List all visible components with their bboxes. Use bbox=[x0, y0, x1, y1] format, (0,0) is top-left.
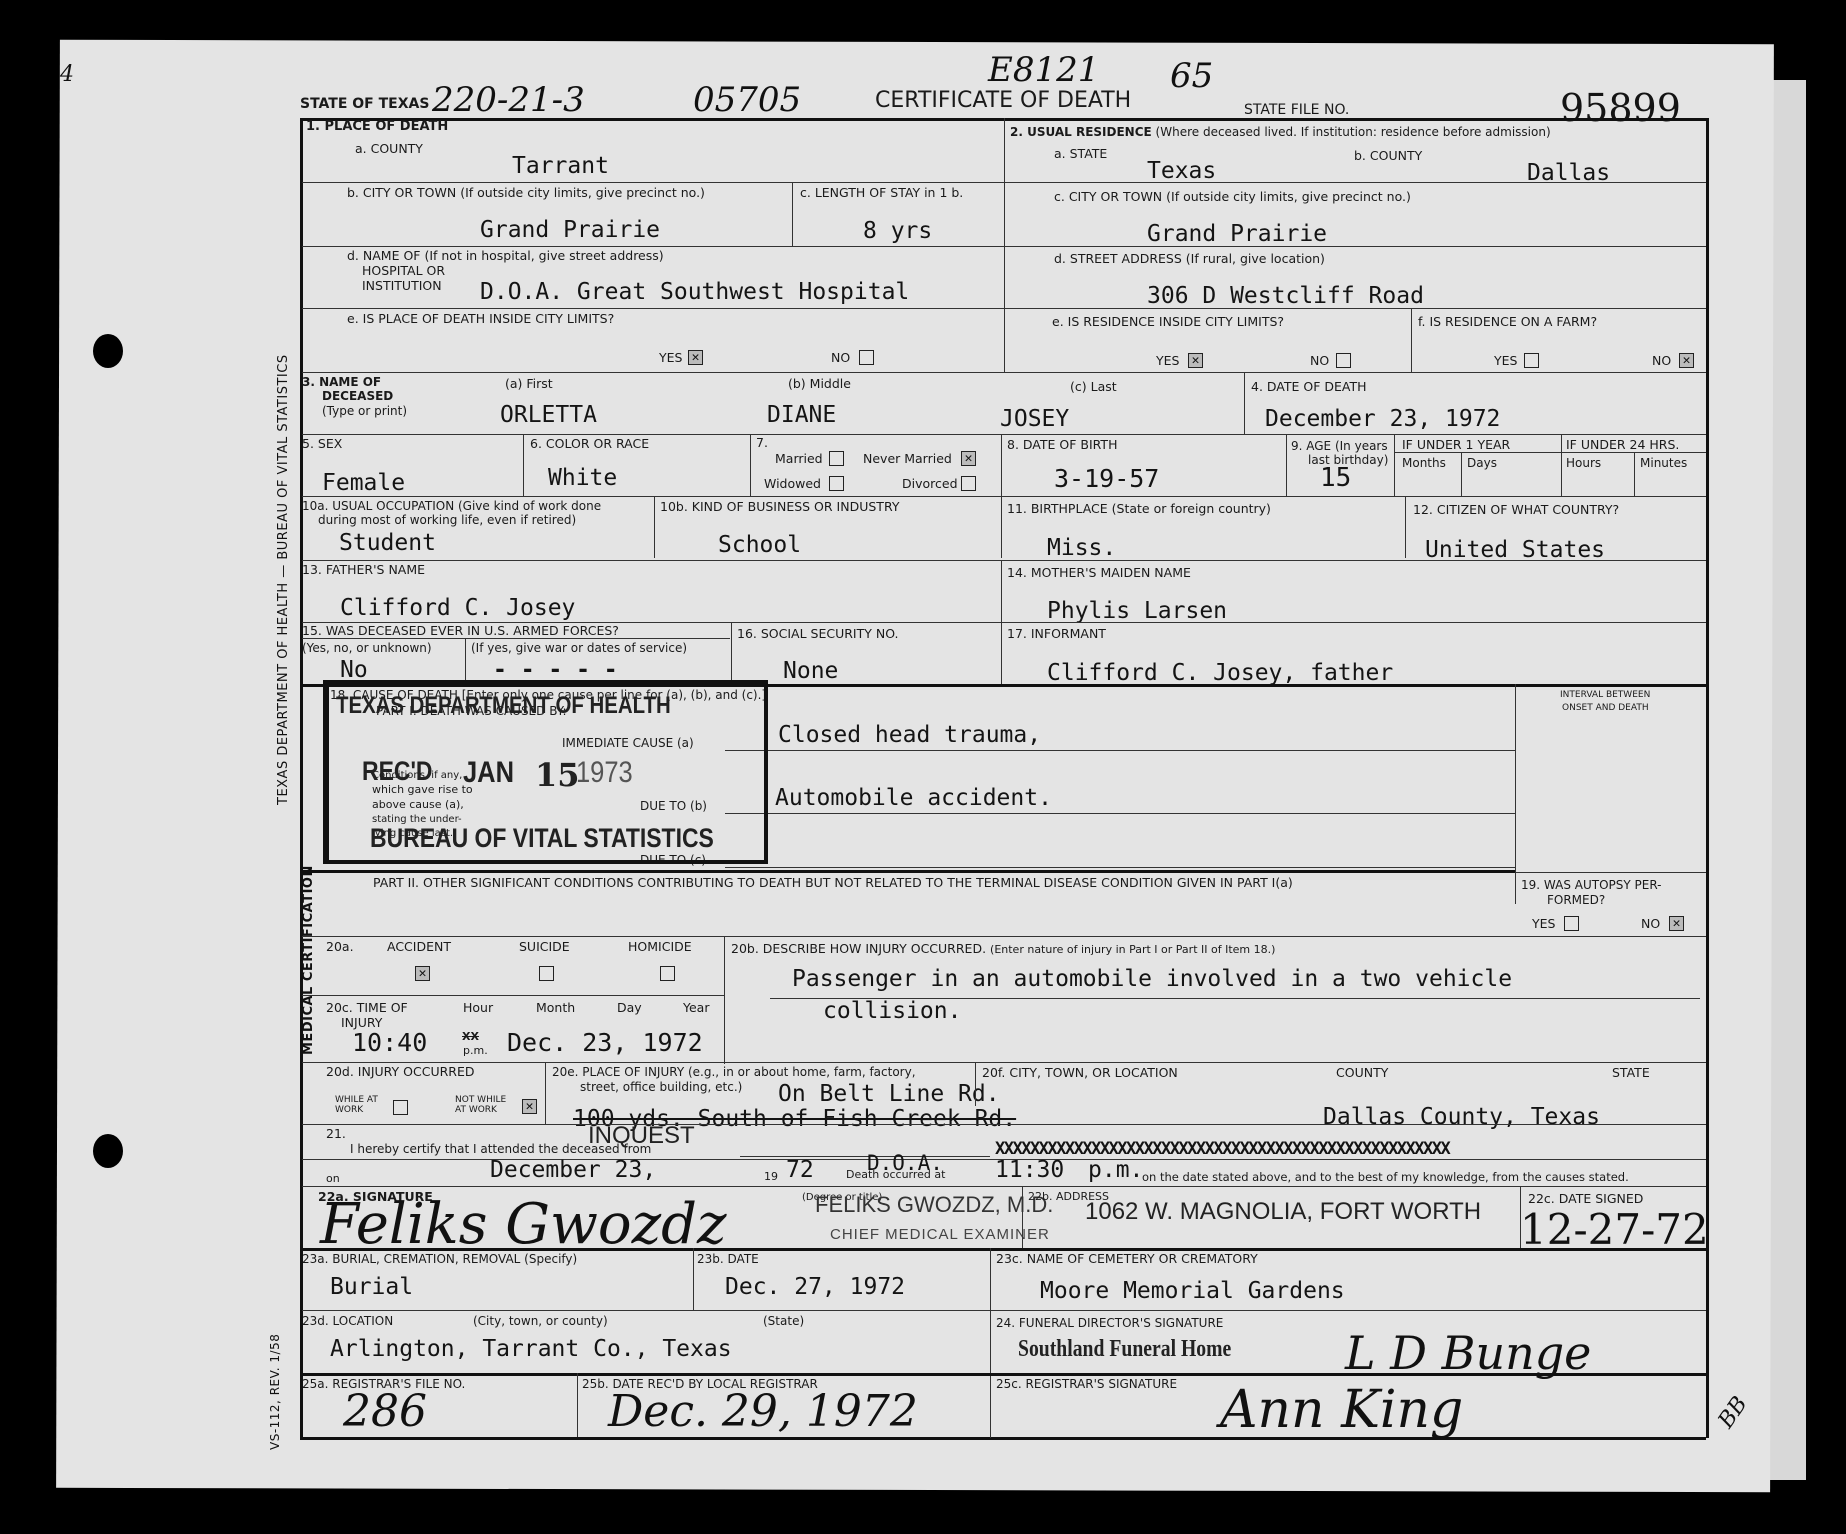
mother-label: 14. MOTHER'S MAIDEN NAME bbox=[1007, 566, 1191, 580]
handwritten-code-3: E8121 bbox=[988, 50, 1099, 90]
cemetery-label: 23c. NAME OF CEMETERY OR CREMATORY bbox=[996, 1252, 1258, 1266]
accident-label: ACCIDENT bbox=[387, 940, 451, 954]
mother-name: Phylis Larsen bbox=[1047, 598, 1227, 624]
residence-state: Texas bbox=[1147, 158, 1216, 184]
place-of-death-label: 1. PLACE OF DEATH bbox=[306, 120, 448, 134]
row-line bbox=[302, 1124, 1706, 1125]
row-line bbox=[1515, 872, 1706, 873]
punch-hole bbox=[93, 1134, 123, 1168]
row-line bbox=[1394, 452, 1706, 453]
residence-city: Grand Prairie bbox=[1147, 221, 1327, 247]
examiner-address: 1062 W. MAGNOLIA, FORT WORTH bbox=[1085, 1198, 1481, 1226]
row-line bbox=[740, 1156, 990, 1157]
hours-label: Hours bbox=[1566, 456, 1601, 470]
col-line bbox=[1001, 560, 1002, 622]
col-line bbox=[1561, 434, 1562, 496]
col-line bbox=[724, 936, 725, 1064]
autopsy-no-checkbox[interactable]: ✕ bbox=[1669, 916, 1684, 931]
examiner-title: CHIEF MEDICAL EXAMINER bbox=[830, 1226, 1050, 1243]
interval-label-2: ONSET AND DEATH bbox=[1562, 703, 1649, 714]
burial-location: Arlington, Tarrant Co., Texas bbox=[330, 1336, 732, 1362]
disposition-date-label: 23b. DATE bbox=[697, 1252, 759, 1266]
widowed-checkbox[interactable] bbox=[829, 476, 844, 491]
interval-label: INTERVAL BETWEEN bbox=[1560, 690, 1650, 701]
middle-name-label: (b) Middle bbox=[788, 377, 851, 391]
race: White bbox=[548, 465, 617, 491]
col-line bbox=[1001, 496, 1002, 558]
col-line bbox=[693, 1248, 694, 1310]
hospital-name: D.O.A. Great Southwest Hospital bbox=[480, 279, 909, 305]
stamp-day: 15 bbox=[535, 756, 580, 794]
date-signed-label: 22c. DATE SIGNED bbox=[1528, 1192, 1643, 1206]
autopsy-yes-label: YES bbox=[1532, 917, 1555, 931]
race-label: 6. COLOR OR RACE bbox=[530, 437, 649, 451]
date-of-death: December 23, 1972 bbox=[1265, 406, 1500, 432]
inside-limits-no-checkbox[interactable] bbox=[859, 350, 874, 365]
row-line bbox=[302, 1310, 1706, 1311]
how-injury-label: 20b. DESCRIBE HOW INJURY OCCURRED. (Ente… bbox=[731, 942, 1275, 957]
medical-certification-label: MEDICAL CERTIFICATION bbox=[301, 865, 316, 1055]
inside-limits-yes-checkbox[interactable]: ✕ bbox=[688, 350, 703, 365]
day-label: Day bbox=[617, 1001, 642, 1015]
farm-yes-checkbox[interactable] bbox=[1524, 353, 1539, 368]
state-of-texas-label: STATE OF TEXAS bbox=[300, 97, 429, 111]
under-day-label: IF UNDER 24 HRS. bbox=[1566, 438, 1679, 452]
dob-label: 8. DATE OF BIRTH bbox=[1007, 438, 1117, 452]
col-line bbox=[654, 496, 655, 558]
col-line bbox=[1001, 434, 1002, 496]
registrar-file-number: 286 bbox=[343, 1386, 427, 1437]
stamp-year: 1973 bbox=[576, 756, 633, 790]
funeral-home-stamp: Southland Funeral Home bbox=[1018, 1336, 1231, 1363]
autopsy-no-label: NO bbox=[1641, 917, 1660, 931]
injury-ampm: p.m. bbox=[463, 1044, 488, 1058]
burial-location-sub2: (State) bbox=[763, 1314, 804, 1328]
col-line bbox=[1394, 434, 1395, 496]
col-line bbox=[1405, 496, 1406, 558]
cemetery-name: Moore Memorial Gardens bbox=[1040, 1278, 1345, 1304]
stay-label: c. LENGTH OF STAY in 1 b. bbox=[800, 186, 1000, 200]
no-label: NO bbox=[1310, 354, 1329, 368]
suicide-checkbox[interactable] bbox=[539, 966, 554, 981]
accident-checkbox[interactable]: ✕ bbox=[415, 966, 430, 981]
row-line bbox=[302, 496, 1706, 497]
city-label: b. CITY OR TOWN (If outside city limits,… bbox=[347, 186, 705, 200]
row-line bbox=[302, 936, 1706, 937]
place-injury-line1: On Belt Line Rd. bbox=[778, 1081, 1000, 1107]
inside-limits-label: e. IS PLACE OF DEATH INSIDE CITY LIMITS? bbox=[347, 312, 614, 326]
state-file-label: STATE FILE NO. bbox=[1244, 103, 1349, 117]
row-line bbox=[302, 1373, 1706, 1376]
last-name-label: (c) Last bbox=[1070, 380, 1117, 394]
registrar-signature: Ann King bbox=[1220, 1380, 1463, 1440]
handwritten-code-1: 220-21-3 bbox=[432, 80, 585, 120]
residence-inside-no-checkbox[interactable] bbox=[1336, 353, 1351, 368]
injury-occurred-label: 20d. INJURY OCCURRED bbox=[326, 1065, 475, 1079]
col-line bbox=[1634, 452, 1635, 496]
father-label: 13. FATHER'S NAME bbox=[302, 563, 425, 577]
handwritten-code-4: 65 bbox=[1170, 56, 1213, 96]
date-of-death-label: 4. DATE OF DEATH bbox=[1251, 380, 1367, 394]
year-label: Year bbox=[683, 1001, 709, 1015]
state-file-number: 95899 bbox=[1560, 88, 1681, 128]
row-line bbox=[725, 867, 1515, 868]
autopsy-label-2: FORMED? bbox=[1547, 893, 1605, 907]
disposition-date: Dec. 27, 1972 bbox=[725, 1274, 905, 1300]
father-name: Clifford C. Josey bbox=[340, 595, 575, 621]
residence-inside-yes-checkbox[interactable]: ✕ bbox=[1188, 353, 1203, 368]
department-side-text: TEXAS DEPARTMENT OF HEALTH — BUREAU OF V… bbox=[276, 354, 291, 805]
place-injury-label-2: street, office building, etc.) bbox=[580, 1080, 742, 1094]
row-line bbox=[302, 560, 1706, 561]
death-at-label: Death occurred at bbox=[846, 1168, 945, 1182]
not-at-work-checkbox[interactable]: ✕ bbox=[522, 1099, 537, 1114]
injury-city-label: 20f. CITY, TOWN, OR LOCATION bbox=[982, 1066, 1178, 1080]
yes-label: YES bbox=[1494, 354, 1517, 368]
length-of-stay: 8 yrs bbox=[863, 218, 932, 244]
col-line bbox=[577, 1373, 578, 1437]
certificate-title: CERTIFICATE OF DEATH bbox=[875, 89, 1131, 113]
col-line bbox=[1244, 372, 1245, 434]
married-label: Married bbox=[775, 452, 823, 466]
row-line bbox=[302, 1062, 1706, 1063]
row-line bbox=[302, 308, 1706, 309]
immediate-cause: Closed head trauma, bbox=[778, 722, 1041, 748]
marital-label: 7. bbox=[756, 436, 768, 450]
married-checkbox[interactable] bbox=[829, 451, 844, 466]
burial-location-sub1: (City, town, or county) bbox=[473, 1314, 608, 1328]
month-label: Month bbox=[536, 1001, 575, 1015]
industry-label: 10b. KIND OF BUSINESS OR INDUSTRY bbox=[660, 500, 899, 514]
injury-time: 10:40 bbox=[352, 1030, 427, 1056]
row-line bbox=[725, 813, 1515, 814]
suicide-label: SUICIDE bbox=[519, 940, 570, 954]
date-signed: 12-27-72 bbox=[1520, 1205, 1709, 1254]
last-name: JOSEY bbox=[1000, 406, 1069, 432]
informant-label: 17. INFORMANT bbox=[1007, 627, 1106, 641]
am-struck: XX bbox=[462, 1030, 479, 1044]
row-line bbox=[302, 1186, 1706, 1187]
residence-label: 2. USUAL RESIDENCE (Where deceased lived… bbox=[1010, 125, 1551, 139]
col-line bbox=[1286, 434, 1287, 496]
how-injury-line1: Passenger in an automobile involved in a… bbox=[792, 966, 1512, 992]
hospital-label-2: HOSPITAL OR bbox=[362, 264, 445, 278]
burial-location-label: 23d. LOCATION bbox=[302, 1314, 393, 1328]
stamp-month: JAN bbox=[463, 756, 514, 790]
no-label: NO bbox=[831, 351, 850, 365]
col-line bbox=[975, 1062, 976, 1106]
yes-label: YES bbox=[1156, 354, 1179, 368]
section-divider bbox=[1004, 118, 1005, 372]
street-label: d. STREET ADDRESS (If rural, give locati… bbox=[1054, 252, 1325, 266]
birthplace: Miss. bbox=[1047, 535, 1116, 561]
ssn: None bbox=[783, 658, 838, 684]
hospital-label: d. NAME OF (If not in hospital, give str… bbox=[347, 249, 664, 263]
occupation: Student bbox=[339, 530, 436, 556]
row-line bbox=[302, 246, 1706, 247]
occupation-label-2: during most of working life, even if ret… bbox=[318, 513, 576, 527]
armed-forces-label: 15. WAS DECEASED EVER IN U.S. ARMED FORC… bbox=[302, 624, 619, 638]
residence-state-label: a. STATE bbox=[1054, 147, 1107, 161]
divorced-checkbox[interactable] bbox=[961, 476, 976, 491]
injury-date: Dec. 23, 1972 bbox=[507, 1030, 703, 1056]
disposition-method-label: 23a. BURIAL, CREMATION, REMOVAL (Specify… bbox=[302, 1252, 577, 1266]
stamp-recd: REC'D bbox=[362, 756, 432, 787]
death-county: Tarrant bbox=[512, 153, 609, 179]
row-line bbox=[302, 638, 730, 639]
widowed-label: Widowed bbox=[764, 477, 821, 491]
form-left-border bbox=[300, 118, 303, 1438]
ssn-label: 16. SOCIAL SECURITY NO. bbox=[737, 627, 899, 641]
death-city: Grand Prairie bbox=[480, 217, 660, 243]
while-at-work-checkbox[interactable] bbox=[393, 1100, 408, 1115]
middle-name: DIANE bbox=[767, 402, 836, 428]
corner-mark: 4 bbox=[60, 62, 74, 87]
county-label: a. COUNTY bbox=[355, 142, 423, 156]
hour-label: Hour bbox=[463, 1001, 493, 1015]
never-married-checkbox[interactable]: ✕ bbox=[961, 451, 976, 466]
not-work-label-2: AT WORK bbox=[455, 1105, 497, 1116]
stamp-dept: TEXAS DEPARTMENT OF HEALTH bbox=[336, 692, 671, 720]
certificate-page bbox=[56, 40, 1774, 1492]
col-line bbox=[1515, 684, 1516, 904]
col-line bbox=[523, 434, 524, 496]
col-line bbox=[990, 1248, 991, 1438]
injury-type-label: 20a. bbox=[326, 940, 354, 954]
while-work-label-2: WORK bbox=[335, 1105, 363, 1116]
first-name: ORLETTA bbox=[500, 402, 597, 428]
form-top-border bbox=[300, 118, 1706, 121]
months-label: Months bbox=[1402, 456, 1446, 470]
under-year-label: IF UNDER 1 YEAR bbox=[1402, 438, 1510, 452]
col-line bbox=[1022, 1186, 1023, 1248]
col-line bbox=[750, 434, 751, 496]
armed-sub1-label: (Yes, no, or unknown) bbox=[302, 641, 432, 655]
autopsy-label: 19. WAS AUTOPSY PER- bbox=[1521, 878, 1662, 892]
homicide-label: HOMICIDE bbox=[628, 940, 692, 954]
injury-location: Dallas County, Texas bbox=[1323, 1104, 1600, 1130]
first-name-label: (a) First bbox=[505, 377, 553, 391]
hospital-label-3: INSTITUTION bbox=[362, 279, 442, 293]
disposition-method: Burial bbox=[330, 1274, 413, 1300]
sex: Female bbox=[322, 470, 405, 496]
due-to-b-cause: Automobile accident. bbox=[775, 785, 1052, 811]
age: 15 bbox=[1320, 465, 1351, 491]
informant: Clifford C. Josey, father bbox=[1047, 660, 1393, 686]
col-line bbox=[465, 638, 466, 684]
autopsy-yes-checkbox[interactable] bbox=[1564, 916, 1579, 931]
minutes-label: Minutes bbox=[1640, 456, 1687, 470]
homicide-checkbox[interactable] bbox=[660, 966, 675, 981]
yes-label: YES bbox=[659, 351, 682, 365]
name-label-3: (Type or print) bbox=[322, 404, 407, 418]
col-line bbox=[1001, 622, 1002, 684]
part2-label: PART II. OTHER SIGNIFICANT CONDITIONS CO… bbox=[373, 876, 1293, 890]
death-time: 11:30 bbox=[995, 1157, 1064, 1183]
examiner-name: FELIKS GWOZDZ, M.D. bbox=[815, 1192, 1053, 1218]
birthplace-label: 11. BIRTHPLACE (State or foreign country… bbox=[1007, 502, 1271, 516]
farm-no-checkbox[interactable]: ✕ bbox=[1679, 353, 1694, 368]
funeral-director-label: 24. FUNERAL DIRECTOR'S SIGNATURE bbox=[996, 1316, 1223, 1330]
sex-label: 5. SEX bbox=[302, 437, 342, 451]
row-line bbox=[302, 372, 1706, 373]
row-line bbox=[302, 182, 1706, 183]
row-line bbox=[725, 750, 1515, 751]
farm-label: f. IS RESIDENCE ON A FARM? bbox=[1418, 315, 1597, 329]
form-revision: VS-112, REV. 1/58 bbox=[268, 1334, 282, 1450]
residence-city-label: c. CITY OR TOWN (If outside city limits,… bbox=[1054, 190, 1411, 204]
stamp-bureau: BUREAU OF VITAL STATISTICS bbox=[370, 823, 714, 854]
occupation-label: 10a. USUAL OCCUPATION (Give kind of work… bbox=[302, 499, 601, 513]
industry: School bbox=[718, 532, 801, 558]
injury-county-label: COUNTY bbox=[1336, 1066, 1388, 1080]
divorced-label: Divorced bbox=[902, 477, 958, 491]
age-label: 9. AGE (In years bbox=[1291, 439, 1388, 453]
no-label: NO bbox=[1652, 354, 1671, 368]
row-line bbox=[302, 870, 1515, 873]
handwritten-code-2: 05705 bbox=[693, 80, 801, 120]
death-ampm: p.m. bbox=[1088, 1157, 1143, 1183]
name-label: 3. NAME OF bbox=[302, 375, 381, 389]
place-injury-label: 20e. PLACE OF INJURY (e.g., in or about … bbox=[552, 1065, 916, 1079]
armed-sub2-label: (If yes, give war or dates of service) bbox=[471, 641, 687, 655]
year-prefix: 19 bbox=[764, 1170, 778, 1184]
how-injury-line2: collision. bbox=[823, 998, 961, 1024]
col-line bbox=[1461, 452, 1462, 496]
col-line bbox=[792, 182, 793, 246]
residence-county-label: b. COUNTY bbox=[1354, 149, 1422, 163]
row-line bbox=[302, 434, 1706, 435]
time-label: 20c. TIME OF bbox=[326, 1001, 408, 1015]
col-line bbox=[1411, 308, 1412, 372]
never-married-label: Never Married bbox=[863, 452, 952, 466]
form-bottom-border bbox=[300, 1437, 1706, 1440]
name-label-2: DECEASED bbox=[322, 389, 393, 403]
date-of-birth: 3-19-57 bbox=[1054, 466, 1159, 492]
closing-text: on the date stated above, and to the bes… bbox=[1142, 1170, 1629, 1184]
col-line bbox=[731, 622, 732, 684]
col-line bbox=[545, 1062, 546, 1124]
residence-inside-label: e. IS RESIDENCE INSIDE CITY LIMITS? bbox=[1052, 315, 1284, 329]
punch-hole bbox=[93, 334, 123, 368]
citizen-label: 12. CITIZEN OF WHAT COUNTRY? bbox=[1413, 503, 1619, 517]
residence-street: 306 D Westcliff Road bbox=[1147, 283, 1424, 309]
funeral-director-signature: L D Bunge bbox=[1345, 1326, 1591, 1380]
registrar-date: Dec. 29, 1972 bbox=[608, 1386, 918, 1437]
inquest-stamp: INQUEST bbox=[588, 1122, 695, 1150]
certification-number: 21. bbox=[326, 1127, 346, 1141]
row-line bbox=[302, 995, 724, 996]
attended-date: December 23, bbox=[490, 1157, 656, 1183]
days-label: Days bbox=[1467, 456, 1497, 470]
injury-state-label: STATE bbox=[1612, 1066, 1650, 1080]
attended-year: 72 bbox=[786, 1157, 814, 1183]
on-label: on bbox=[326, 1172, 340, 1186]
registrar-signature-label: 25c. REGISTRAR'S SIGNATURE bbox=[996, 1377, 1177, 1391]
